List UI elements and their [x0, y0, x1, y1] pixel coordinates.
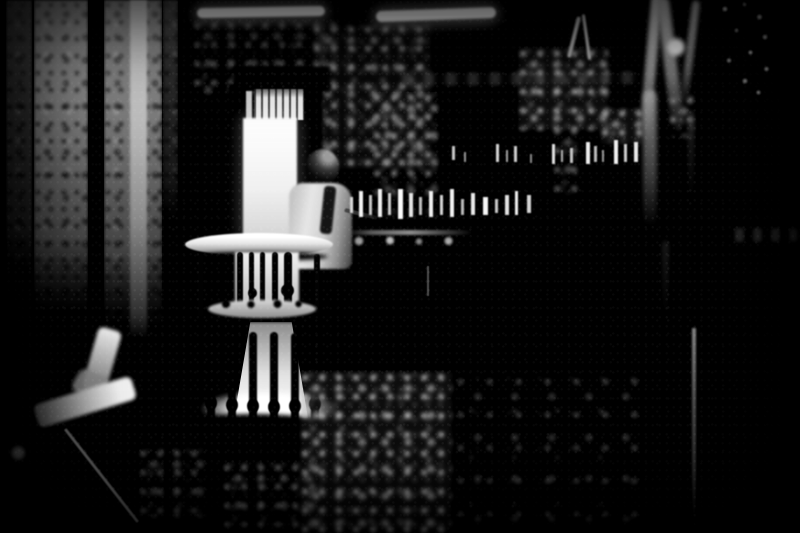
trunk-branch-streak-2	[656, 0, 685, 131]
base-spindle-knob	[247, 399, 259, 413]
right-post-edge-line	[692, 328, 696, 533]
bar-shelf-band	[402, 71, 640, 86]
post-far-left	[6, 0, 32, 330]
bottle-row-lower	[345, 183, 545, 223]
trunk-lower-streak-2	[688, 115, 694, 215]
table-leg-knob	[281, 284, 294, 297]
base-spindle-knob	[205, 396, 217, 410]
base-spindle	[207, 334, 215, 428]
table-leg	[314, 254, 320, 314]
leaf-speckles	[712, 0, 784, 103]
trunk-lower-streak-3	[662, 240, 669, 335]
ceiling-light-tube-right	[376, 7, 496, 22]
ceiling-light-tube-left	[197, 6, 325, 18]
floor-speckle-sparse-right	[452, 372, 642, 522]
post-left-thin	[163, 0, 178, 258]
film-still	[0, 0, 800, 533]
post-highlight-streak	[130, 0, 147, 340]
bar-counter-edge	[346, 230, 474, 235]
right-faint-streaks	[735, 228, 800, 242]
floor-speckle-patch-left	[138, 448, 204, 518]
person-head	[306, 149, 339, 185]
counter-glass-blobs	[350, 236, 470, 246]
floor-small-glint-left	[10, 444, 26, 462]
post-left-wide	[34, 0, 88, 348]
lamp-box	[254, 89, 304, 120]
base-spindle-knob	[226, 398, 238, 412]
faint-vertical-glint	[427, 266, 429, 296]
rock-texture-center-right	[518, 48, 608, 130]
trunk-knot-highlight	[666, 34, 686, 60]
base-spindle-knob	[268, 400, 280, 414]
table-leg	[197, 253, 204, 317]
bottle-row-upper	[448, 136, 644, 174]
mid-shelf-dark-spots	[214, 298, 310, 310]
trunk-lower-streak-1	[643, 90, 657, 230]
floor-speckle-patch-right	[300, 372, 452, 533]
table-leg-knob	[248, 288, 257, 298]
lamp-box-side-sliver	[246, 91, 252, 120]
floor-plank-line	[64, 428, 139, 523]
